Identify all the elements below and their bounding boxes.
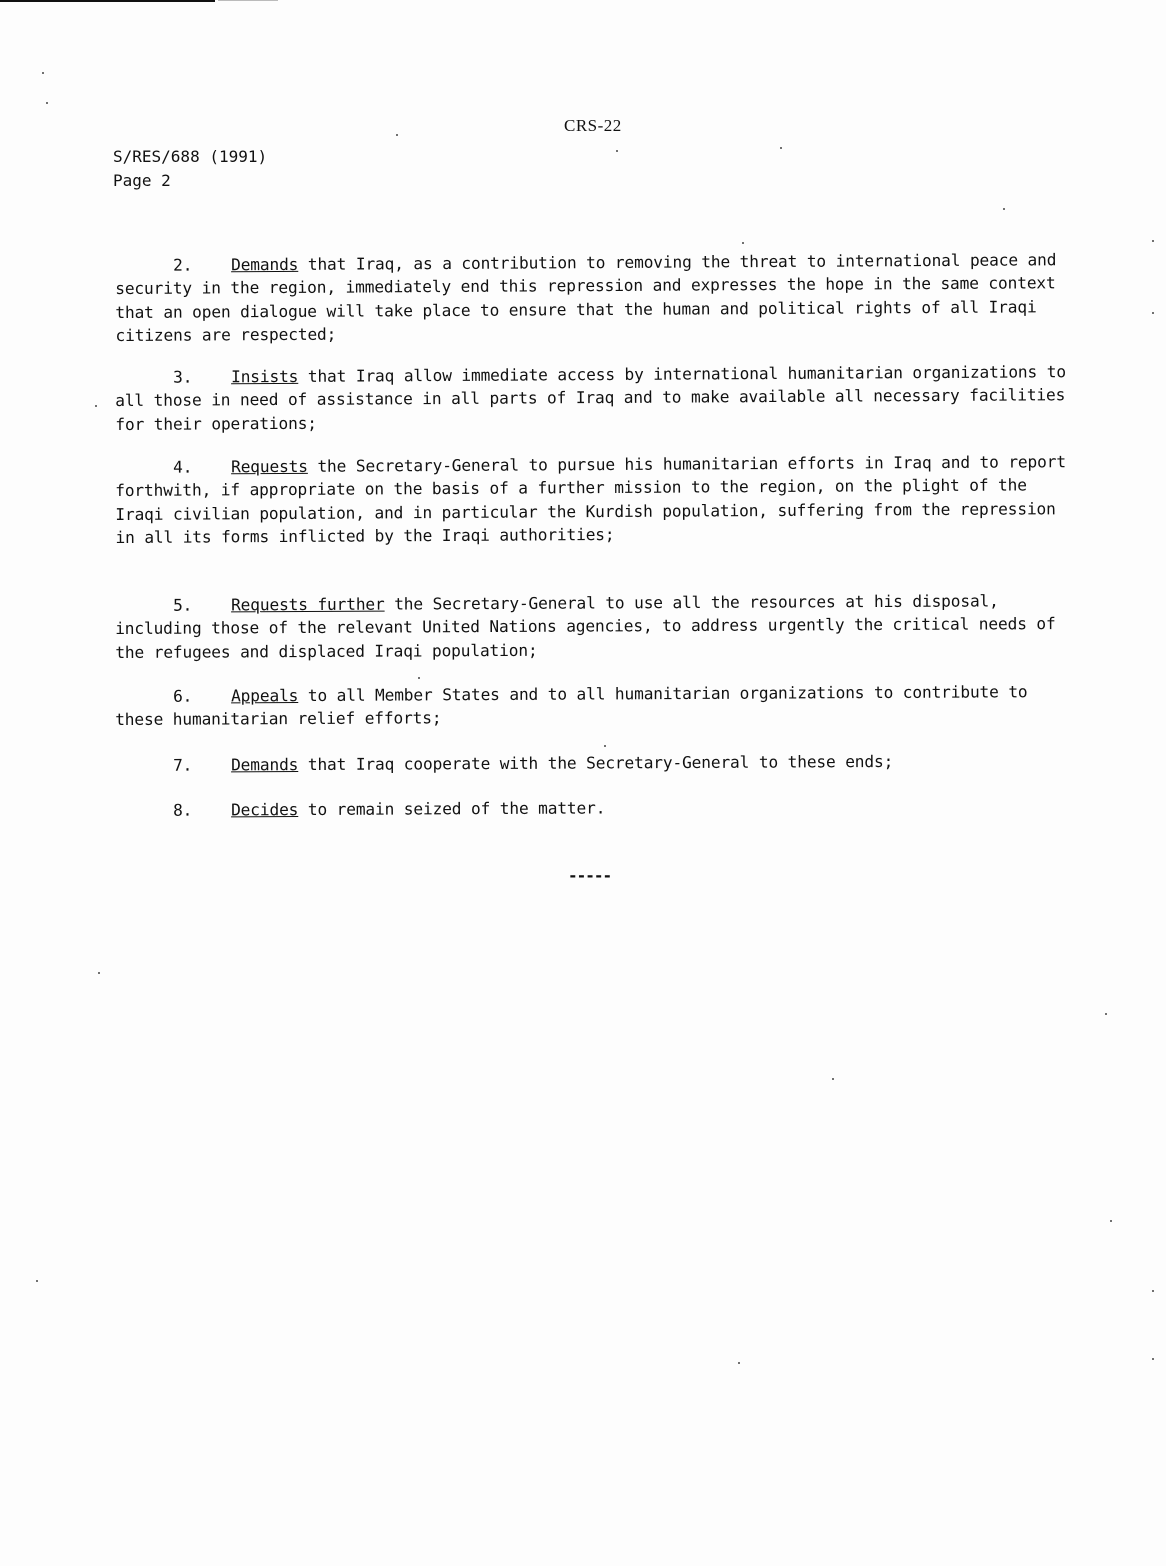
operative-paragraph-2: 2.Demands that Iraq, as a contribution t… <box>115 248 1076 347</box>
paragraph-number: 8. <box>115 798 231 822</box>
scan-speck <box>1152 1358 1154 1360</box>
scan-speck <box>396 134 398 136</box>
paragraph-text: that Iraq cooperate with the Secretary-G… <box>298 752 893 774</box>
end-of-document-marker: ----- <box>568 866 611 885</box>
paragraph-text: to remain seized of the matter. <box>298 798 605 819</box>
operative-paragraph-3: 3.Insists that Iraq allow immediate acce… <box>115 360 1075 436</box>
scan-speck <box>1105 1013 1107 1015</box>
scan-speck <box>1152 240 1154 242</box>
scan-edge-line <box>0 0 215 2</box>
scan-speck <box>1152 312 1154 314</box>
scan-speck <box>604 745 606 747</box>
paragraph-keyword: Requests <box>231 457 308 476</box>
scan-edge-line <box>218 0 278 1</box>
scan-speck <box>1152 1290 1154 1292</box>
paragraph-number: 6. <box>115 684 231 708</box>
paragraph-keyword: Insists <box>231 367 298 386</box>
paragraph-number: 5. <box>115 593 231 617</box>
paragraph-keyword: Appeals <box>231 686 298 705</box>
paragraph-keyword: Demands <box>231 755 298 774</box>
operative-paragraph-7: 7.Demands that Iraq cooperate with the S… <box>115 749 1075 777</box>
page-label: Page 2 <box>113 169 267 193</box>
document-symbol: S/RES/688 (1991) <box>113 145 267 169</box>
scan-speck <box>1110 1220 1112 1222</box>
scan-speck <box>98 972 100 974</box>
operative-paragraph-6: 6.Appeals to all Member States and to al… <box>115 680 1075 732</box>
paragraph-number: 2. <box>115 253 231 277</box>
paragraph-number: 7. <box>115 753 231 777</box>
scan-speck <box>418 677 420 679</box>
paragraph-number: 3. <box>115 365 231 389</box>
scan-speck <box>780 147 782 149</box>
scan-speck <box>832 1078 834 1080</box>
scan-speck <box>36 1280 38 1282</box>
scan-speck <box>1003 208 1005 210</box>
paragraph-keyword: Requests further <box>231 595 385 615</box>
scan-speck <box>46 102 48 104</box>
paragraph-keyword: Decides <box>231 800 298 819</box>
operative-paragraph-4: 4.Requests the Secretary-General to purs… <box>115 450 1076 549</box>
scan-speck <box>742 242 744 244</box>
document-reference: S/RES/688 (1991) Page 2 <box>113 145 267 193</box>
paragraph-number: 4. <box>115 455 231 479</box>
scan-speck <box>616 150 618 152</box>
paragraph-keyword: Demands <box>231 255 298 274</box>
crs-page-code: CRS-22 <box>564 116 622 136</box>
scan-speck <box>95 405 97 407</box>
operative-paragraph-8: 8.Decides to remain seized of the matter… <box>115 794 1075 822</box>
scan-speck <box>738 1362 740 1364</box>
scan-speck <box>42 72 44 74</box>
operative-paragraph-5: 5.Requests further the Secretary-General… <box>115 589 1075 664</box>
